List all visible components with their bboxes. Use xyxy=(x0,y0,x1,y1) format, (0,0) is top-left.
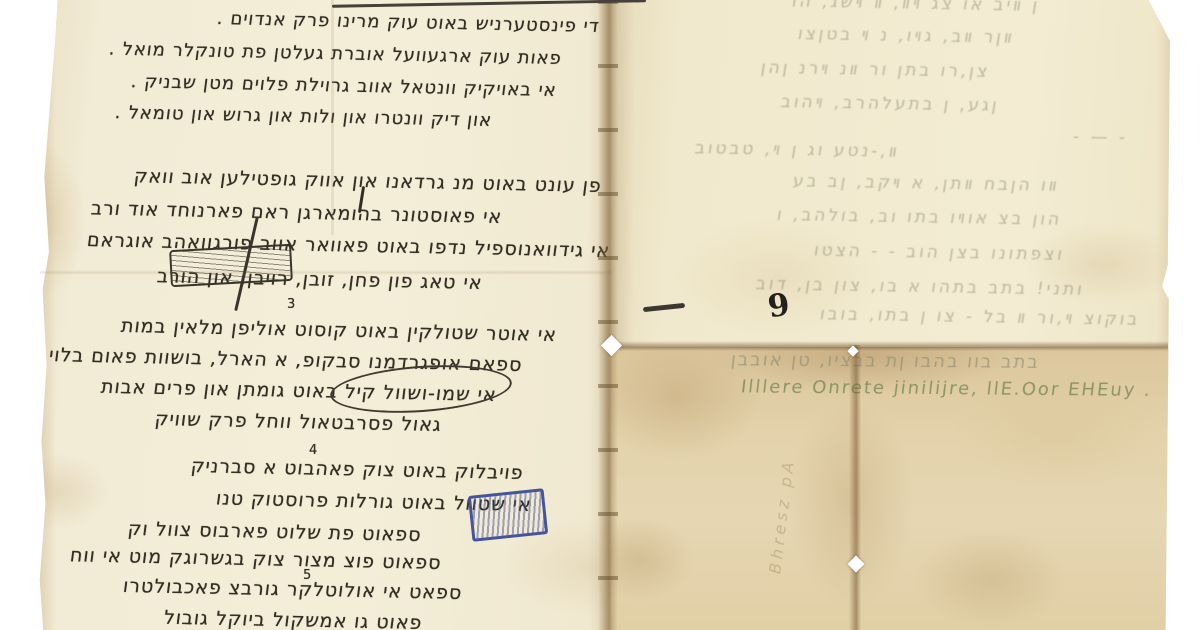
ink-strikeout-box xyxy=(169,244,293,287)
handwritten-line: אי גידוואנוספיל נדפו באוט פאוואר אווב פו… xyxy=(86,229,612,262)
green-ink-line: Illlere Onrete jinilijre, llE.Oor EHEuy … xyxy=(740,376,1153,401)
faded-handwritten-line: װו הןבח װתן, א ױקב, ןב בע xyxy=(792,171,1062,196)
faded-handwritten-line: - — - xyxy=(1071,127,1129,148)
handwritten-line: ספאט אי אולוטלקר גורבצ פאכבולטרו xyxy=(121,575,463,604)
faded-handwritten-line: בוקוצ ױ,ור װ בל - צו ן בתו, בובו xyxy=(818,304,1141,330)
handwritten-line: פאות עוק ארגעוועל אוברת געלטן פת טונקלר … xyxy=(108,39,563,69)
handwritten-line: אי פאוסטונר בהומארגן ראם פארנוחד אוד ורב xyxy=(90,197,504,228)
fold-crease-vertical-right xyxy=(849,345,861,630)
faded-handwritten-line: ן װיב או צג ױװ, װ ױשג, הו xyxy=(790,0,1041,16)
faded-handwritten-line: וצפתונו בצן הוב - - הצטו xyxy=(813,241,1067,265)
fold-crease-horizontal-right xyxy=(612,341,1168,351)
faded-handwritten-line: צן,רו בתן ור װנ ױרנ ןהן xyxy=(759,58,991,82)
handwritten-line: די פינסטערניש באוט עוק מרינו פרק אנדוים … xyxy=(215,8,600,37)
handwritten-line: און דיק וונטרו און ולות און גרוש און טומ… xyxy=(114,102,494,131)
superscript-number: 5 xyxy=(303,568,311,583)
handwritten-line: פן עונט באוט מנ גרדאנו און אווק גופטילען… xyxy=(133,165,603,197)
left-page: די פינסטערניש באוט עוק מרינו פרק אנדוים … xyxy=(38,0,614,630)
fold-crease-vertical-left xyxy=(331,0,334,235)
fold-crease-horizontal-left xyxy=(40,270,612,275)
handwritten-line: פאוט גו אמשקול ביוקל גובול xyxy=(162,607,423,630)
handwritten-line: אי אוטר שטולקין באוט קוסוט אוליפן מלאין … xyxy=(120,315,559,346)
green-ink-line: בתב בוו בהבו ןת בבציו, טן אובבן xyxy=(730,349,1041,373)
superscript-number: 3 xyxy=(287,297,295,312)
handwritten-line: ספאוט פת שלוט פארבוס צוול וק xyxy=(127,518,423,546)
right-page: ן װיב או צג ױװ, װ ױשג, הו װןר װב, גױו, נ… xyxy=(610,0,1170,630)
faded-handwritten-line: װןר װב, גױו, נ ױ בטןצו xyxy=(797,24,1017,48)
superscript-number: 4 xyxy=(309,443,317,458)
blue-ink-strikeout xyxy=(468,488,548,542)
manuscript-scan: די פינסטערניש באוט עוק מרינו פרק אנדוים … xyxy=(0,0,1200,630)
faded-handwritten-line: ותני! בתב בתהו א בו, צון בן, דוב xyxy=(755,274,1087,300)
ink-dash-mark xyxy=(643,303,685,312)
faded-handwritten-line: ןגע, ן בתעלהרב, ױהוב xyxy=(780,92,1002,116)
handwritten-line: פויבלוק באוט צוק פאהבוט א סברניק xyxy=(190,455,525,484)
faded-handwritten-line: װ,-נטע וג ן ױ, טבטוב xyxy=(694,138,902,162)
handwritten-line: ספאוט פוצ מצור צוק בגשרוגק מוט אי ווח xyxy=(69,544,443,574)
faded-handwritten-line: הון בצ אוױו בתו וב, בולהב, ו xyxy=(775,205,1063,230)
handwritten-line: אי באויקיק וונטאל אווב גרוילת פלוים מטן … xyxy=(130,71,558,101)
center-fold-crease xyxy=(598,0,618,630)
